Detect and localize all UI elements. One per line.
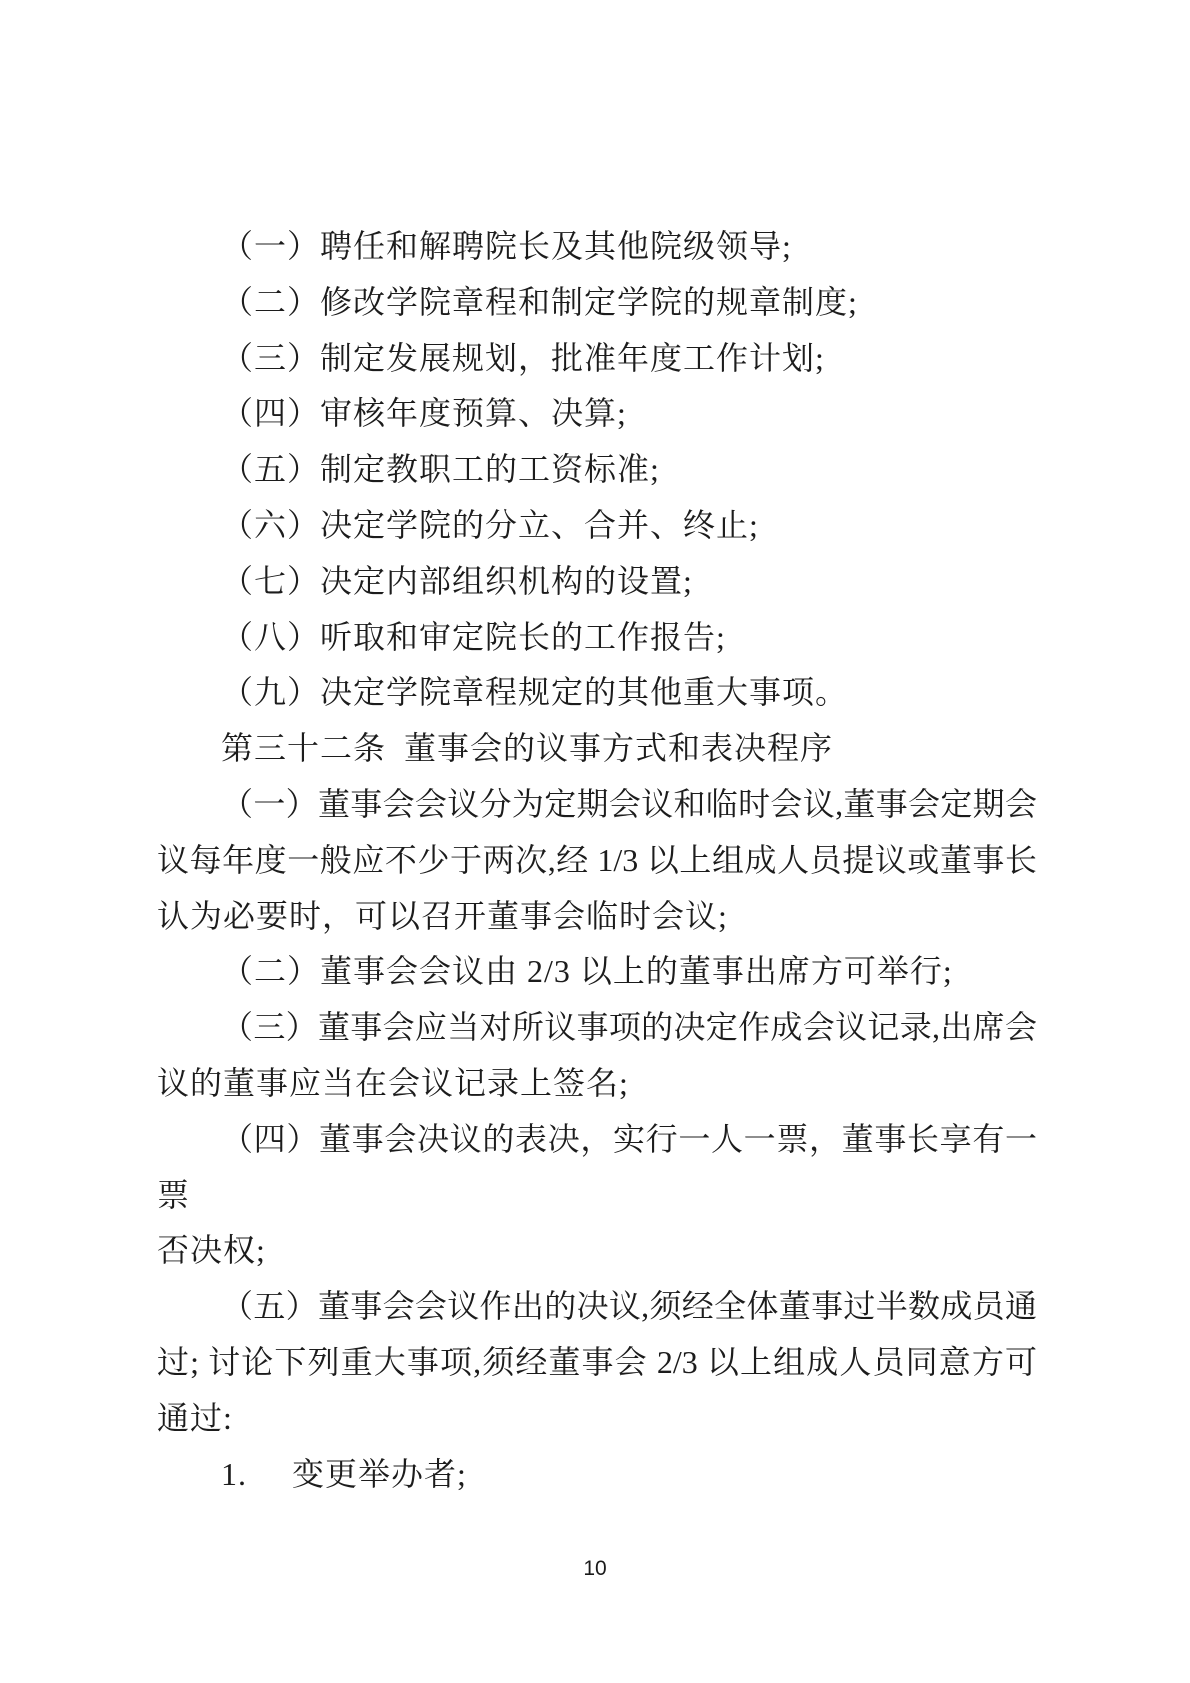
clause-item-1: （一）聘任和解聘院长及其他院级领导; <box>157 219 1037 275</box>
article-32-heading: 第三十二条 董事会的议事方式和表决程序 <box>157 721 1037 777</box>
article-32-item-5-line-3: 通过: <box>157 1391 1037 1447</box>
clause-item-6: （六）决定学院的分立、合并、终止; <box>157 498 1037 554</box>
clause-item-3: （三）制定发展规划，批准年度工作计划; <box>157 331 1037 387</box>
document-page: （一）聘任和解聘院长及其他院级领导; （二）修改学院章程和制定学院的规章制度; … <box>0 0 1190 1683</box>
article-32-item-5-line-2: 过; 讨论下列重大事项,须经董事会 2/3 以上组成人员同意方可 <box>157 1335 1037 1391</box>
article-32-item-1-line-1: （一）董事会会议分为定期会议和临时会议,董事会定期会 <box>157 777 1037 833</box>
article-32-item-3-line-2: 议的董事应当在会议记录上签名; <box>157 1056 1037 1112</box>
article-32-item-3-line-1: （三）董事会应当对所议事项的决定作成会议记录,出席会 <box>157 1000 1037 1056</box>
article-32-item-5-line-1: （五）董事会会议作出的决议,须经全体董事过半数成员通 <box>157 1279 1037 1335</box>
article-32-item-1-line-3: 认为必要时，可以召开董事会临时会议; <box>157 889 1037 945</box>
article-32-item-4-line-2: 否决权; <box>157 1223 1037 1279</box>
clause-item-5: （五）制定教职工的工资标准; <box>157 442 1037 498</box>
clause-item-7: （七）决定内部组织机构的设置; <box>157 554 1037 610</box>
article-32-item-2: （二）董事会会议由 2/3 以上的董事出席方可举行; <box>157 944 1037 1000</box>
page-number: 10 <box>0 1557 1190 1581</box>
article-32-item-4-line-1: （四）董事会决议的表决，实行一人一票，董事长享有一票 <box>157 1112 1037 1224</box>
clause-item-2: （二）修改学院章程和制定学院的规章制度; <box>157 275 1037 331</box>
article-32-item-1-line-2: 议每年度一般应不少于两次,经 1/3 以上组成人员提议或董事长 <box>157 833 1037 889</box>
clause-item-9: （九）决定学院章程规定的其他重大事项。 <box>157 665 1037 721</box>
numbered-sub-item-1: 1. 变更举办者; <box>157 1447 1037 1503</box>
document-body: （一）聘任和解聘院长及其他院级领导; （二）修改学院章程和制定学院的规章制度; … <box>157 219 1037 1502</box>
clause-item-8: （八）听取和审定院长的工作报告; <box>157 610 1037 666</box>
clause-item-4: （四）审核年度预算、决算; <box>157 386 1037 442</box>
